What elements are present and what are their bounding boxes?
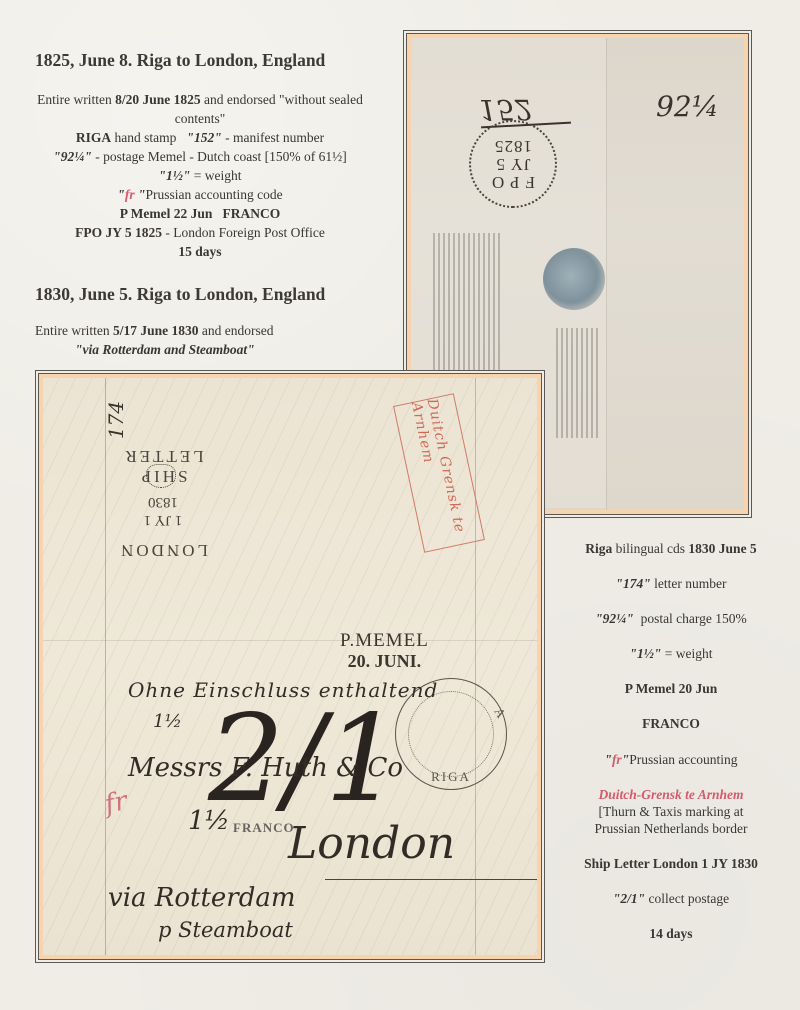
entry-1825-line-memel: P Memel 22 Jun FRANCO [30, 204, 370, 223]
manuscript-letter-number: 174 [104, 401, 128, 439]
note-fr: "fr"Prussian accounting [551, 751, 791, 768]
entry-1825-line-written: Entire written 8/20 June 1825 and endors… [30, 90, 370, 128]
entry-1825-line-fr: "fr "Prussian accounting code [30, 185, 370, 204]
note-franco: FRANCO [551, 715, 791, 732]
entry-1825-description: Entire written 8/20 June 1825 and endors… [30, 90, 370, 261]
entry-1825-line-postage: "92¼" - postage Memel - Dutch coast [150… [30, 147, 370, 166]
entry-1825-title: 1825, June 8. Riga to London, England [35, 50, 325, 71]
entry-1825-line-weight: "1½" = weight [30, 166, 370, 185]
manuscript-weight: 1½ [153, 711, 182, 732]
address-underline [325, 879, 537, 880]
note-letter-number: "174" letter number [551, 575, 791, 592]
entry-1825-duration: 15 days [30, 242, 370, 261]
note-duration: 14 days [551, 925, 791, 942]
manuscript-route: via Rotterdam [108, 883, 296, 913]
note-collect-postage: "2/1" collect postage [551, 890, 791, 907]
p-memel-postmark: P.MEMEL 20. JUNI. [340, 631, 429, 671]
entry-1825-line-fpo: FPO JY 5 1825 - London Foreign Post Offi… [30, 223, 370, 242]
entry-1830-line-written: Entire written 5/17 June 1830 and endors… [35, 321, 335, 340]
ship-letter-london-postmark: LONDON 1 JY 1 1830 SHIP LETTER [103, 446, 223, 566]
cover-fold [43, 640, 537, 641]
note-weight: "1½" = weight [551, 645, 791, 662]
wax-seal [543, 248, 605, 310]
entry-1825-line-riga: RIGA hand stamp "152" - manifest number [30, 128, 370, 147]
note-ship-letter: Ship Letter London 1 JY 1830 [551, 855, 791, 872]
cover-fold [475, 378, 476, 955]
note-thurn-taxis-1: [Thurn & Taxis marking at [551, 803, 791, 820]
cover-fold [606, 38, 607, 510]
manuscript-addressee: Messrs F. Huth & Co [128, 753, 403, 783]
offset-ink-smudge [433, 233, 503, 373]
manuscript-steamboat: p Steamboat [158, 918, 293, 942]
note-duitch-grensk: Duitch-Grensk te Arnhem [551, 786, 791, 803]
note-p-memel: P Memel 20 Jun [551, 680, 791, 697]
note-thurn-taxis-2: Prussian Netherlands border [551, 820, 791, 837]
note-postal-charge: "92¼" postal charge 150% [551, 610, 791, 627]
fpo-postmark: F P O JY 5 1825 [469, 120, 557, 208]
cover-1830-frame: 174 LONDON 1 JY 1 1830 SHIP LETTER Duitc… [35, 370, 545, 963]
cover-1830-image: 174 LONDON 1 JY 1 1830 SHIP LETTER Duitc… [43, 378, 537, 955]
manuscript-weight-lower: 1½ [188, 806, 230, 836]
manuscript-destination: London [288, 818, 455, 869]
entry-1830-title: 1830, June 5. Riga to London, England [35, 284, 325, 305]
offset-ink-smudge [556, 328, 601, 438]
entry-1830-description: Entire written 5/17 June 1830 and endors… [35, 321, 335, 359]
manuscript-postage: 92¼ [656, 90, 719, 123]
note-riga-cds: Riga bilingual cds 1830 June 5 [551, 540, 791, 557]
entry-1830-endorsement: "via Rotterdam and Steamboat" [35, 340, 335, 359]
